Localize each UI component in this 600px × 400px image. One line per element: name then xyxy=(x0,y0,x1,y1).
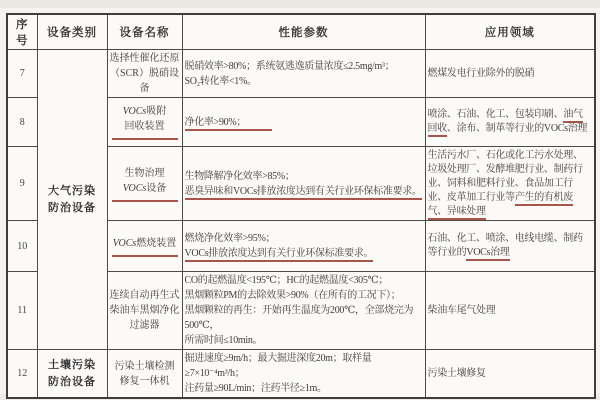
param-line: CO的起燃温度<195℃；HC的起燃温度<305℃； xyxy=(185,273,423,288)
row8-performance-params: 净化率>90%； xyxy=(182,98,425,147)
row11-equipment-name: 连续自动再生式 柴油车黑烟净化 过滤器 xyxy=(107,272,182,350)
name-line: 回收装置 xyxy=(110,119,180,134)
row11-performance-params: CO的起燃温度<195℃；HC的起燃温度<305℃； 黑烟颗粒PM的去除效果>9… xyxy=(182,272,425,350)
row7-serial: 7 xyxy=(7,50,37,98)
name-line: VOCs吸附 xyxy=(110,104,180,119)
red-underlined-text: VOCs排放浓度达到有关行业环保标准要求。 xyxy=(185,248,374,262)
row10-equipment-name: VOCs燃烧装置 xyxy=(107,221,182,272)
category-label-line2: 防治设备 xyxy=(40,200,105,217)
row10-performance-params: 燃烧净化效率>95%； VOCs排放浓度达到有关行业环保标准要求。 xyxy=(182,221,425,272)
apps-text: 喷涂、石油、化工、包装印刷、 xyxy=(428,109,564,120)
row11-application-field: 柴油车尾气处理 xyxy=(425,272,595,350)
red-underlined-text: 恶臭异味和VOCs排放浓度达到有关行业环保标准要求。 xyxy=(185,186,422,200)
red-annotation-underline xyxy=(112,200,178,202)
category-label-line1: 土壤污染 xyxy=(40,357,105,374)
row7-application-field: 燃煤发电行业除外的脱硝 xyxy=(425,50,595,98)
category-label-line2: 防治设备 xyxy=(40,374,105,391)
name-latin: VOCs xyxy=(123,183,147,194)
param-line: 所需时间≤10min。 xyxy=(185,333,423,348)
header-category: 设备类别 xyxy=(37,14,107,50)
category-label-line1: 大气污染 xyxy=(40,183,105,200)
category-air-pollution-control: 大气污染 防治设备 xyxy=(37,50,107,350)
row12-performance-params: 掘进速度≥9m/h；最大掘进深度20m；取样量≥7×10⁻⁴m³/h； 注药量≥… xyxy=(182,350,425,399)
name-line: 连续自动再生式 xyxy=(110,288,180,303)
name-line: 柴油车黑烟净化 xyxy=(110,303,180,318)
name-line: VOCs设备 xyxy=(110,181,180,196)
param-line: 注药量≥90L/min；注药半径≥1m。 xyxy=(185,381,423,396)
red-underlined-text: VOCs治理 xyxy=(466,247,509,261)
environmental-equipment-table: 序号 设备类别 设备名称 性能参数 应用领域 7 大气污染 防治设备 选择性催化… xyxy=(6,13,596,399)
name-line: 过滤器 xyxy=(110,318,180,333)
name-line: 污染土壤检测 xyxy=(110,359,180,374)
param-line: 脱硝效率>80%；系统氨逃逸质量浓度≤2.5mg/m³； xyxy=(185,59,423,74)
param-line: 黑烟颗粒PM的去除效果>90%（在所有的工况下）； xyxy=(185,288,423,303)
row8-serial: 8 xyxy=(7,98,37,147)
table-row-7: 7 大气污染 防治设备 选择性催化还原 （SCR）脱硝设备 脱硝效率>80%；系… xyxy=(7,50,595,98)
name-cn: 燃烧装置 xyxy=(136,238,176,249)
apps-text: 、涂布、制革等行业的VOCs治理 xyxy=(447,123,587,134)
param-line: 燃烧净化效率>95%； xyxy=(185,231,423,246)
name-latin: VOCs xyxy=(113,238,137,249)
row9-serial: 9 xyxy=(7,147,37,221)
row9-equipment-name: 生物治理 VOCs设备 xyxy=(107,147,182,221)
category-soil-pollution-control: 土壤污染 防治设备 xyxy=(37,350,107,399)
name-cn: 吸附 xyxy=(146,106,166,117)
red-underlined-text: 净化率>90%； xyxy=(185,117,273,131)
row9-performance-params: 生物降解净化效率>85%； 恶臭异味和VOCs排放浓度达到有关行业环保标准要求。 xyxy=(182,147,425,221)
header-performance-params: 性能参数 xyxy=(182,14,425,50)
name-line: VOCs燃烧装置 xyxy=(110,236,180,251)
header-application-field: 应用领域 xyxy=(425,14,595,50)
scanned-document-page: 序号 设备类别 设备名称 性能参数 应用领域 7 大气污染 防治设备 选择性催化… xyxy=(0,0,600,400)
red-annotation-underline xyxy=(112,255,178,257)
param-line: 净化率>90%； xyxy=(185,115,423,130)
name-latin: VOCs xyxy=(123,106,147,117)
name-line: 生物治理 xyxy=(110,166,180,181)
name-line: 选择性催化还原 xyxy=(110,51,180,66)
name-line: （SCR）脱硝设备 xyxy=(110,66,180,96)
row11-serial: 11 xyxy=(7,272,37,350)
name-line: 修复一体机 xyxy=(110,374,180,389)
param-line: 恶臭异味和VOCs排放浓度达到有关行业环保标准要求。 xyxy=(185,184,423,199)
table-row-12: 12 土壤污染 防治设备 污染土壤检测 修复一体机 掘进速度≥9m/h；最大掘进… xyxy=(7,350,595,399)
param-line: 生物降解净化效率>85%； xyxy=(185,169,423,184)
row9-application-field: 生活污水厂、石化或化工污水处理、垃圾处理厂、发酵堆肥行业、制药行业、饲料和肥料行… xyxy=(425,147,595,221)
param-line: SO₂转化率<1%。 xyxy=(185,74,423,89)
header-equipment-name: 设备名称 xyxy=(107,14,182,50)
row10-serial: 10 xyxy=(7,221,37,272)
param-line: VOCs排放浓度达到有关行业环保标准要求。 xyxy=(185,246,423,261)
row12-serial: 12 xyxy=(7,350,37,399)
row10-application-field: 石油、化工、喷涂、电线电缆、制药等行业的VOCs治理 xyxy=(425,221,595,272)
row12-equipment-name: 污染土壤检测 修复一体机 xyxy=(107,350,182,399)
row8-equipment-name: VOCs吸附 回收装置 xyxy=(107,98,182,147)
header-row: 序号 设备类别 设备名称 性能参数 应用领域 xyxy=(7,14,595,50)
name-cn: 设备 xyxy=(146,183,166,194)
row8-application-field: 喷涂、石油、化工、包装印刷、油气回收、涂布、制革等行业的VOCs治理 xyxy=(425,98,595,147)
row7-equipment-name: 选择性催化还原 （SCR）脱硝设备 xyxy=(107,50,182,98)
row12-application-field: 污染土壤修复 xyxy=(425,350,595,399)
param-line: 黑烟颗粒的再生：开始再生温度为200℃，全部烧完为500℃， xyxy=(185,303,423,333)
row7-performance-params: 脱硝效率>80%；系统氨逃逸质量浓度≤2.5mg/m³； SO₂转化率<1%。 xyxy=(182,50,425,98)
param-line: 掘进速度≥9m/h；最大掘进深度20m；取样量≥7×10⁻⁴m³/h； xyxy=(185,351,423,381)
header-serial: 序号 xyxy=(7,14,37,50)
page-top-margin xyxy=(0,0,600,8)
red-annotation-underline xyxy=(112,138,178,140)
